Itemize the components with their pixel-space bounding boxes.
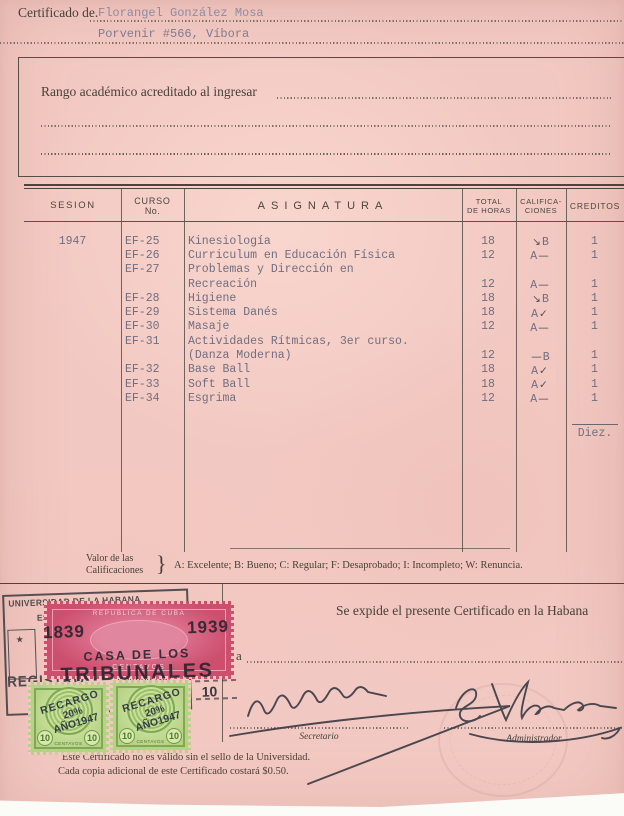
course-row: EF-26Curriculum en Educación Física12A—1 <box>24 248 624 262</box>
grade-letter: A <box>530 322 537 335</box>
grade-cell: A— <box>515 389 565 407</box>
certificate-page: Certificado de. Florangel González Mosa … <box>0 0 624 816</box>
rango-box: Rango académico acreditado al ingresar <box>18 57 624 177</box>
course-table-body: 1947EF-25Kinesiología18↘B1EF-26Curriculu… <box>24 234 624 406</box>
subject-cell: Esgrima <box>184 392 461 405</box>
col-curso-label-1: CURSO <box>134 196 171 206</box>
credits-cell: 1 <box>565 278 624 291</box>
table-bottom-rule <box>230 548 510 549</box>
star-icon: ★ <box>15 634 23 645</box>
pencil-mark: — <box>538 250 549 262</box>
hours-cell: 18 <box>461 378 515 391</box>
col-calif-label-1: CALIFICA- <box>520 197 562 206</box>
green-stamp-1: 10 10 CENTAVOS RECARGO 20% AÑO1947 <box>28 682 109 755</box>
grade-letter: A <box>530 393 537 406</box>
col-header-asignatura: ASIGNATURA <box>184 190 462 221</box>
total-credits: Diez. <box>566 427 624 440</box>
subject-cell: (Danza Moderna) <box>184 349 461 362</box>
credits-cell: 1 <box>565 292 624 305</box>
hours-cell: 12 <box>461 392 515 405</box>
course-row: EF-34Esgrima12A—1 <box>24 391 624 405</box>
certificado-label: Certificado de. <box>18 5 98 21</box>
pencil-mark: — <box>538 322 549 334</box>
col-horas-label-2: DE HORAS <box>467 206 511 215</box>
course-no-cell: EF-28 <box>121 292 184 305</box>
valor-brace: } <box>156 551 167 577</box>
course-no-cell: EF-34 <box>121 392 184 405</box>
hours-cell: 12 <box>461 349 515 362</box>
hours-cell: 18 <box>461 235 515 248</box>
hours-cell: 18 <box>461 292 515 305</box>
overprint-1939: 1939 <box>187 617 230 638</box>
hours-cell: 12 <box>461 249 515 262</box>
col-header-curso: CURSO No. <box>121 190 184 221</box>
subject-cell: Actividades Rítmicas, 3er curso. <box>184 335 461 348</box>
subject-cell: Recreación <box>184 278 461 291</box>
course-no-cell: EF-31 <box>121 335 184 348</box>
hours-cell: 18 <box>461 306 515 319</box>
administrador-signature <box>456 682 616 721</box>
col-curso-label-2: No. <box>145 206 160 216</box>
grade-cell: A— <box>515 246 565 264</box>
rango-dotted-line-2 <box>41 125 611 127</box>
course-no-cell: EF-30 <box>121 320 184 333</box>
subject-cell: Higiene <box>184 292 461 305</box>
scanned-certificate: Certificado de. Florangel González Mosa … <box>0 0 624 816</box>
subject-cell: Base Ball <box>184 363 461 376</box>
subject-cell: Curriculum en Educación Física <box>184 249 461 262</box>
hours-cell: 18 <box>461 363 515 376</box>
subject-cell: Problemas y Dirección en <box>184 263 461 276</box>
col-calif-label-2: CIONES <box>525 206 557 215</box>
grade-letter: A <box>530 250 537 263</box>
student-address: Porvenir #566, Víbora <box>98 27 249 41</box>
address-dotted-line <box>0 42 624 44</box>
table-top-rule <box>24 184 624 186</box>
table-header-rule <box>24 221 624 222</box>
rango-label: Rango académico acreditado al ingresar <box>41 84 257 100</box>
course-row: EF-30Masaje12A—1 <box>24 320 624 334</box>
col-header-calificaciones: CALIFICA- CIONES <box>516 190 566 221</box>
pencil-mark: — <box>538 393 549 405</box>
valor-label-line2: Calificaciones <box>86 565 143 577</box>
subject-cell: Soft Ball <box>184 378 461 391</box>
subject-cell: Kinesiología <box>184 235 461 248</box>
overprint-ten-right: 10 <box>201 683 217 700</box>
credits-cell: 1 <box>565 235 624 248</box>
subject-cell: Sistema Danés <box>184 306 461 319</box>
rango-dotted-line-1 <box>277 97 611 99</box>
credits-cell: 1 <box>565 378 624 391</box>
credits-cell: 1 <box>565 349 624 362</box>
student-name: Florangel González Mosa <box>98 6 264 20</box>
total-rule <box>572 424 618 425</box>
green-stamp-centavos: CENTAVOS <box>113 739 188 744</box>
course-no-cell: EF-27 <box>121 263 184 276</box>
session-cell: 1947 <box>24 235 121 248</box>
col-asignatura-label: ASIGNATURA <box>258 200 389 212</box>
course-no-cell: EF-32 <box>121 363 184 376</box>
credits-cell: 1 <box>565 249 624 262</box>
a-dotted-line <box>247 661 624 663</box>
col-header-sesion: SESION <box>25 190 121 221</box>
subject-cell: Masaje <box>184 320 461 333</box>
hours-cell: 12 <box>461 320 515 333</box>
col-horas-label-1: TOTAL <box>476 197 502 206</box>
green-stamp-centavos: CENTAVOS <box>31 741 106 746</box>
table-top-rule-2 <box>24 188 624 189</box>
rango-dotted-line-3 <box>41 153 611 155</box>
course-no-cell: EF-26 <box>121 249 184 262</box>
credits-cell: 1 <box>565 392 624 405</box>
secretario-signature <box>248 687 386 716</box>
col-sesion-label: SESION <box>50 200 96 211</box>
footer-line2: Cada copia adicional de este Certificado… <box>58 766 289 777</box>
section-rule <box>0 583 624 584</box>
expide-text: Se expide el presente Certificado en la … <box>336 603 588 619</box>
valor-label: Valor de las Calificaciones <box>86 553 143 577</box>
course-no-cell: EF-29 <box>121 306 184 319</box>
credits-cell: 1 <box>565 320 624 333</box>
grade-legend: A: Excelente; B: Bueno; C: Regular; F: D… <box>174 560 523 571</box>
credits-cell: 1 <box>565 306 624 319</box>
credits-cell: 1 <box>565 363 624 376</box>
administrador-flourish <box>470 728 620 742</box>
grade-cell: A— <box>515 318 565 336</box>
green-stamp-2: 10 10 CENTAVOS RECARGO 20% AÑO1947 <box>110 680 191 753</box>
course-no-cell: EF-25 <box>121 235 184 248</box>
hours-cell: 12 <box>461 278 515 291</box>
col-header-creditos: CREDITOS <box>566 190 624 221</box>
col-creditos-label: CREDITOS <box>570 201 620 211</box>
name-dotted-line <box>90 20 624 22</box>
overprint-1839: 1839 <box>43 622 86 643</box>
course-no-cell: EF-33 <box>121 378 184 391</box>
valor-label-line1: Valor de las <box>86 553 143 565</box>
col-header-horas: TOTAL DE HORAS <box>462 190 516 221</box>
